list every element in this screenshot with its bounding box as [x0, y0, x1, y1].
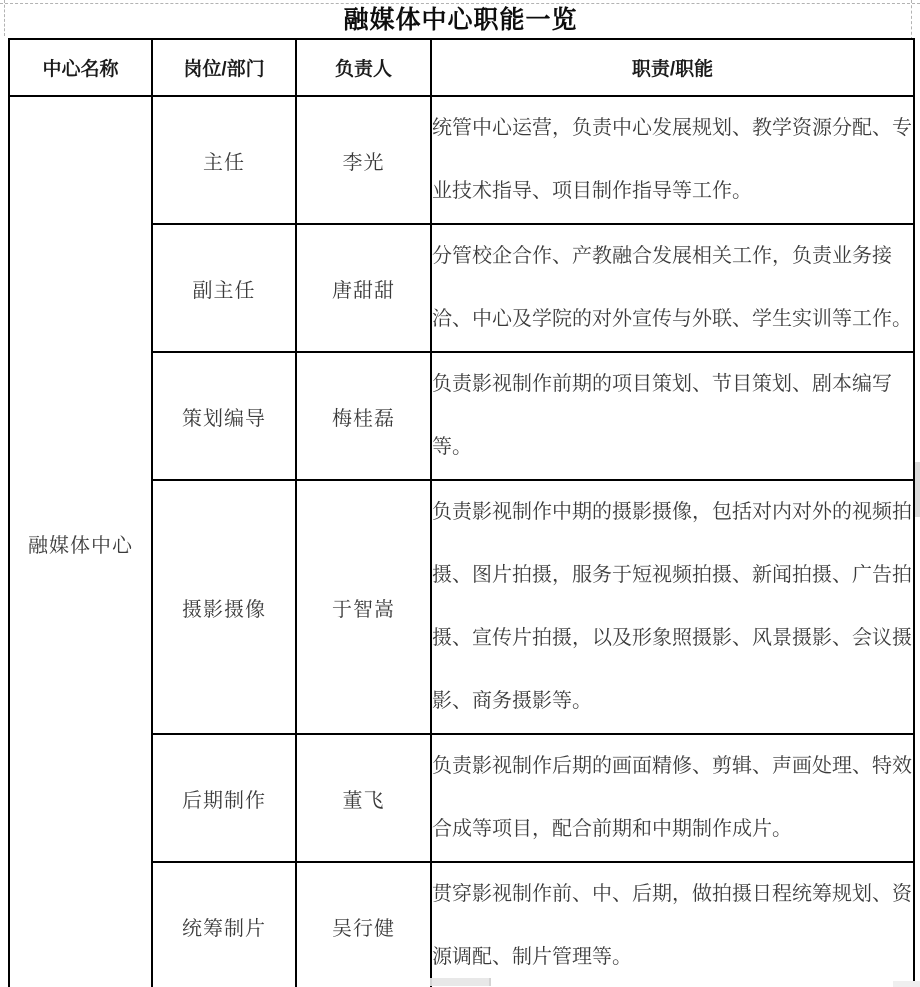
- duty-cell: 贯穿影视制作前、中、后期，做拍摄日程统筹规划、资源调配、制片管理等。: [431, 862, 914, 987]
- position-cell: 策划编导: [152, 352, 296, 480]
- table-row: 融媒体中心 主任 李光 统管中心运营，负责中心发展规划、教学资源分配、专业技术指…: [9, 96, 914, 224]
- duty-cell: 负责影视制作前期的项目策划、节目策划、剧本编写等。: [431, 352, 914, 480]
- position-cell: 统筹制片: [152, 862, 296, 987]
- col-header-person: 负责人: [296, 39, 431, 96]
- page-title: 融媒体中心职能一览: [8, 4, 913, 38]
- person-cell: 董飞: [296, 734, 431, 862]
- duty-cell: 统管中心运营，负责中心发展规划、教学资源分配、专业技术指导、项目制作指导等工作。: [431, 96, 914, 224]
- position-cell: 主任: [152, 96, 296, 224]
- col-header-duty: 职责/职能: [431, 39, 914, 96]
- vertical-scrollbar-thumb[interactable]: [915, 462, 920, 517]
- duty-cell: 分管校企合作、产教融合发展相关工作，负责业务接洽、中心及学院的对外宣传与外联、学…: [431, 224, 914, 352]
- functions-table: 中心名称 岗位/部门 负责人 职责/职能 融媒体中心 主任 李光 统管中心运营，…: [8, 38, 915, 987]
- horizontal-scrollbar-thumb[interactable]: [430, 978, 491, 986]
- person-cell: 吴行健: [296, 862, 431, 987]
- scrollbar-corner: [893, 981, 920, 987]
- person-cell: 李光: [296, 96, 431, 224]
- person-cell: 梅桂磊: [296, 352, 431, 480]
- document-canvas: 融媒体中心职能一览 中心名称 岗位/部门 负责人 职责/职能 融媒体中心 主任 …: [0, 0, 920, 987]
- position-cell: 后期制作: [152, 734, 296, 862]
- col-header-center-name: 中心名称: [9, 39, 152, 96]
- duty-cell: 负责影视制作后期的画面精修、剪辑、声画处理、特效合成等项目，配合前期和中期制作成…: [431, 734, 914, 862]
- position-cell: 摄影摄像: [152, 480, 296, 734]
- duty-cell: 负责影视制作中期的摄影摄像，包括对内对外的视频拍摄、图片拍摄，服务于短视频拍摄、…: [431, 480, 914, 734]
- center-name-cell: 融媒体中心: [9, 96, 152, 987]
- person-cell: 唐甜甜: [296, 224, 431, 352]
- table-header-row: 中心名称 岗位/部门 负责人 职责/职能: [9, 39, 914, 96]
- col-header-position: 岗位/部门: [152, 39, 296, 96]
- person-cell: 于智嵩: [296, 480, 431, 734]
- page-break-line-left: [4, 0, 5, 36]
- position-cell: 副主任: [152, 224, 296, 352]
